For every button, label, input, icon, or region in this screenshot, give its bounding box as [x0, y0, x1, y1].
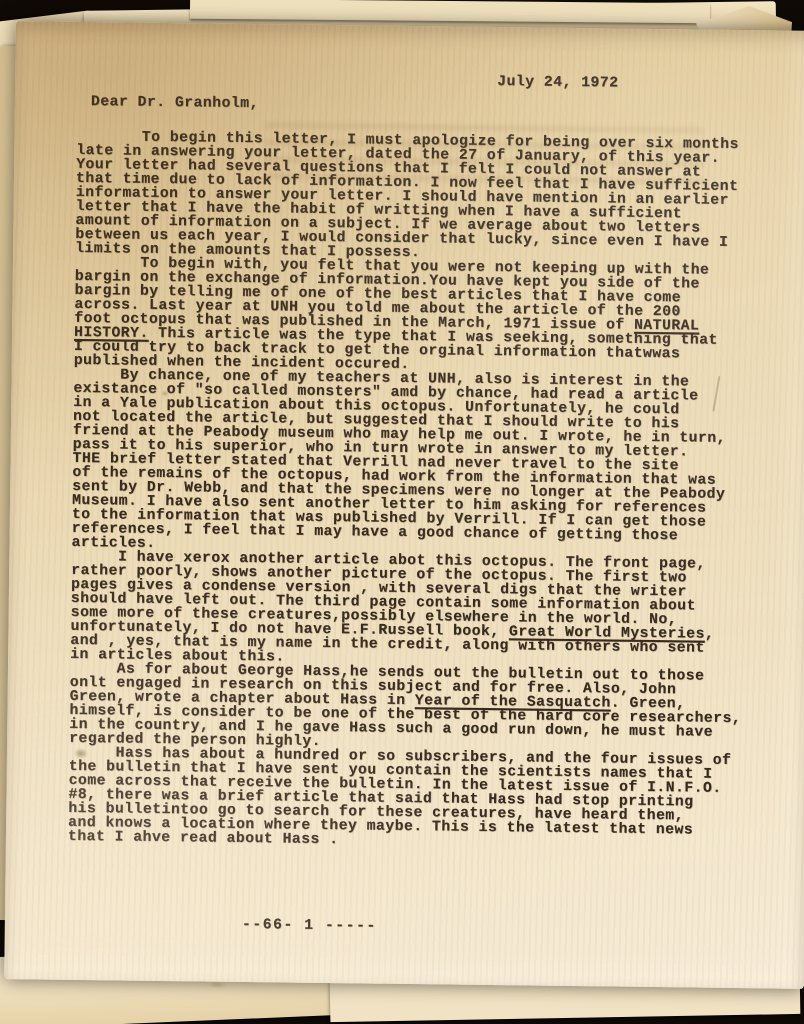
page-number: --66- 1 -----: [242, 918, 767, 938]
letter-date: July 24, 1972: [497, 75, 777, 92]
letter-paragraph: To begin this letter, I must apologize f…: [75, 130, 776, 265]
letter-paragraph: By chance, one of my teachers at UNH, al…: [71, 368, 773, 559]
text-segment: ,: [705, 627, 715, 643]
letter-paragraph: To begin with, you felt that you were no…: [74, 256, 775, 377]
letter-paragraph: As for about George Hass,he sends out th…: [69, 662, 770, 755]
letter-text: July 24, 1972 Dear Dr. Granholm, To begi…: [67, 22, 778, 938]
text-segment: that I ahve read about Hass .: [68, 829, 339, 848]
page-background: { "colors": { "background": "#0f0a06", "…: [0, 0, 804, 1024]
letter-salutation: Dear Dr. Granholm,: [91, 95, 777, 117]
letter-body: To begin this letter, I must apologize f…: [68, 130, 777, 852]
letter-sheet: July 24, 1972 Dear Dr. Granholm, To begi…: [4, 21, 804, 989]
letter-paragraph: Hass has about a hundred or so subscribe…: [68, 746, 769, 853]
letter-paragraph: I have xerox another article abot this o…: [70, 550, 771, 671]
